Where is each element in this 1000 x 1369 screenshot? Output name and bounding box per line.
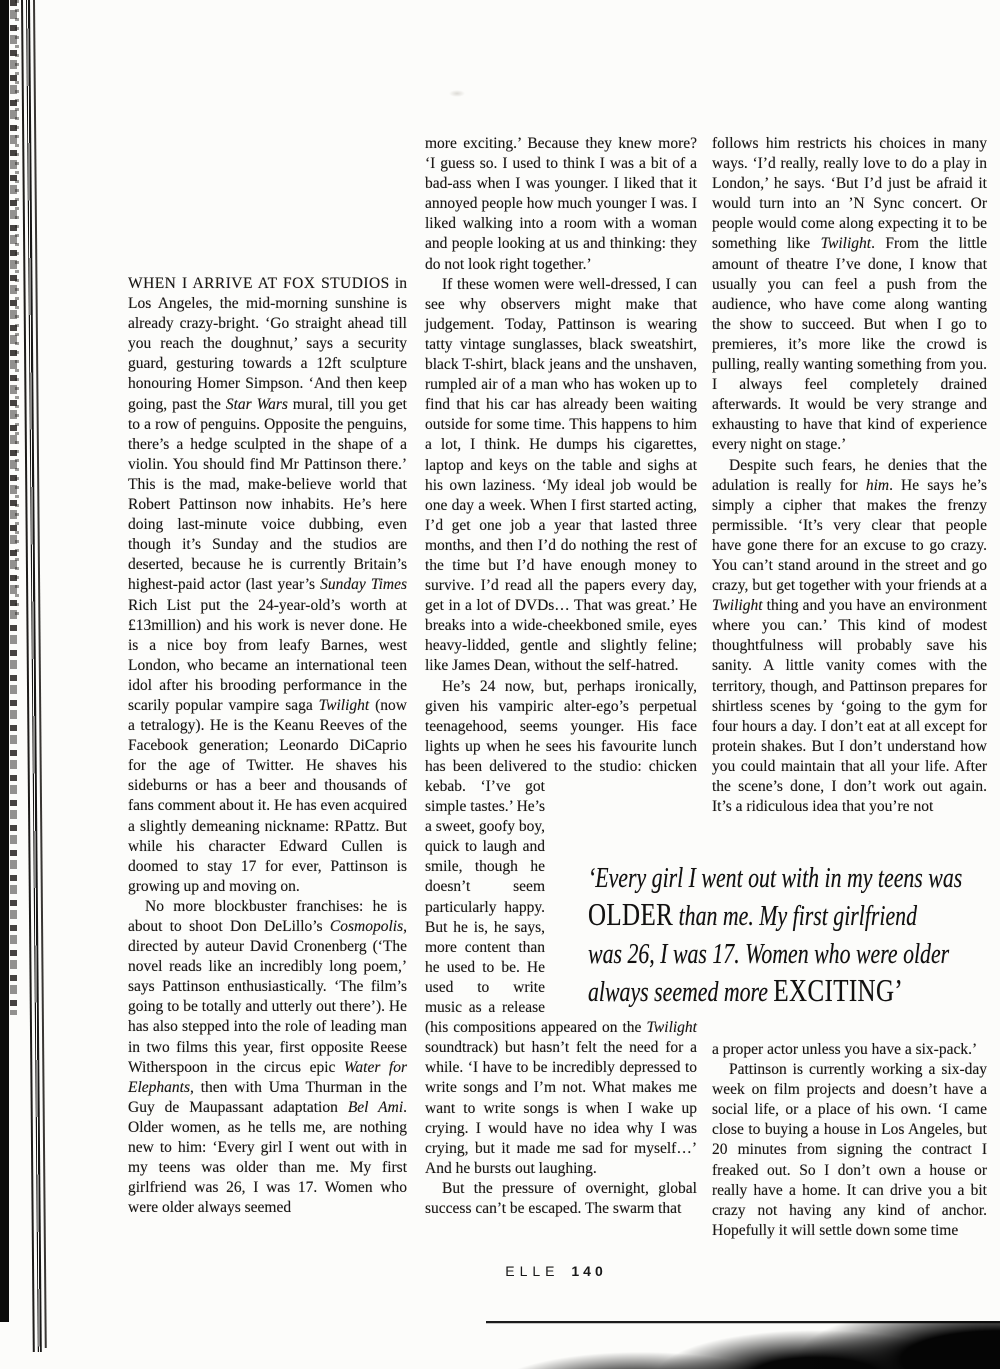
paragraph: But the pressure of overnight, global su… [425,1179,697,1219]
body-text: EXCITING’ [773,972,903,1008]
body-text: . Older women, as he tells me, are nothi… [128,1099,407,1216]
article-column-1: WHEN I ARRIVE AT FOX STUDIOS in Los Ange… [128,274,407,1218]
article-column-3-upper: follows him restricts his choices in man… [712,134,987,817]
paragraph: OLDER than me. My first girlfriend [588,898,994,936]
body-text: in Los Angeles, the mid-morning sunshine… [128,275,407,413]
paragraph: Pattinson is currently working a six-day… [712,1060,987,1241]
magazine-page: WHEN I ARRIVE AT FOX STUDIOS in Los Ange… [0,0,1000,1369]
body-text: a proper actor unless you have a six-pac… [712,1041,977,1058]
body-text: was 26, I was 17. Women who were older [588,939,949,970]
paragraph: was 26, I was 17. Women who were older [588,936,994,974]
italic-text: Twilight [712,597,763,614]
body-text: Pattinson is currently working a six-day… [712,1061,987,1239]
paragraph: No more blockbuster franchises: he is ab… [128,897,407,1219]
italic-text: Twilight [646,1019,697,1036]
body-text: OLDER [588,896,673,932]
italic-text: Twilight [319,697,370,714]
body-text: mural, till you get to a row of penguins… [128,396,407,594]
paragraph: If these women were well-dressed, I can … [425,275,697,677]
body-text: than me. My first girlfriend [673,901,917,932]
italic-text: Bel Ami [348,1099,403,1116]
page-footer: ELLE 140 [505,1263,607,1279]
body-text: ‘Every girl I went out with in my teens … [588,863,962,894]
paragraph: Despite such fears, he denies that the a… [712,456,987,818]
page-curl-shadow [486,1321,1000,1369]
article-column-2: more exciting.’ Because they knew more? … [425,134,697,1219]
italic-text: Cosmopolis [330,918,403,935]
paragraph: a proper actor unless you have a six-pac… [712,1040,987,1060]
body-text: (now a tetralogy). He is the Keanu Reeve… [128,697,407,895]
body-text: thing and you have an environment where … [712,597,987,815]
scan-spine-bar [0,0,9,1322]
paragraph: always seemed more EXCITING’ [588,974,994,1012]
body-text: . From the little amount of theatre I’ve… [712,235,987,453]
italic-text: Twilight [821,235,872,252]
body-text: If these women were well-dressed, I can … [425,276,697,675]
body-text: soundtrack) but hasn’t felt the need for… [425,1039,697,1177]
body-text: always seemed more [588,977,773,1008]
scan-spine-streaks-secondary [15,0,19,620]
body-text: more exciting.’ Because they knew more? … [425,135,697,273]
scan-smudge [449,90,465,97]
body-text: . He says he’s simply a cipher that make… [712,477,987,594]
footer-page-number: 140 [571,1263,606,1279]
italic-text: Sunday Times [320,576,407,593]
body-text: , directed by auteur David Cronenberg (‘… [128,918,407,1076]
lead-in-caps: WHEN I ARRIVE AT FOX STUDIOS [128,275,390,292]
pull-quote: ‘Every girl I went out with in my teens … [588,860,994,1012]
body-text: But the pressure of overnight, global su… [425,1180,697,1217]
paragraph: more exciting.’ Because they knew more? … [425,134,697,275]
paragraph: follows him restricts his choices in man… [712,134,987,456]
paragraph: ‘Every girl I went out with in my teens … [588,860,994,898]
italic-text: Star Wars [226,396,288,413]
paragraph: WHEN I ARRIVE AT FOX STUDIOS in Los Ange… [128,274,407,897]
italic-text: him [866,477,889,494]
article-column-3-lower: a proper actor unless you have a six-pac… [712,1040,987,1241]
footer-brand: ELLE [505,1263,559,1279]
